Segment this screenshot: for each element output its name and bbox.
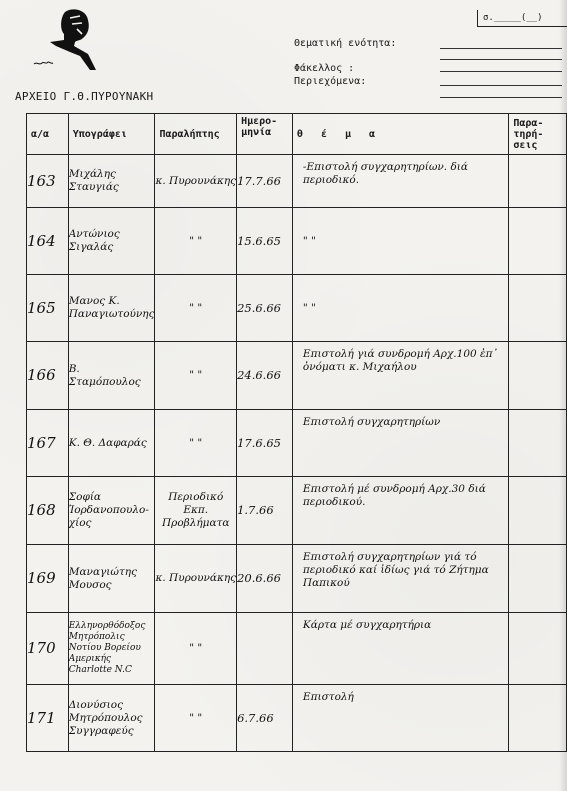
cell-date: 24.6.66 [237,342,293,410]
cell-recipient: Περιοδικό Εκπ. Προβλήματα [155,477,237,545]
header-row: α/α Υπογράφει Παραλήπτης Ημερο- μηνία θ … [27,114,567,155]
cell-signatory: Διονύσιος Μητρόπουλος Συγγραφεύς [68,685,155,752]
cell-subject: Επιστολή συγχαρητηρίων γιά τό περιοδικό … [292,545,508,613]
cell-signatory: Μαναγιώτης Μουσος [68,545,155,613]
folder-label: Φάκελλος : [294,63,354,74]
portrait-sketch-icon [30,4,100,72]
cell-entry-number: 166 [27,342,69,410]
cell-notes [509,410,567,477]
cell-recipient: " " [155,685,237,752]
cell-recipient: " " [155,275,237,342]
thematic-unit-label: Θεματική ενότητα: [294,38,396,49]
cell-notes [509,685,567,752]
cell-subject: Επιστολή [292,685,508,752]
cell-notes [509,342,567,410]
contents-label: Περιεχόμενα: [294,76,366,87]
table-row: 167Κ. Θ. Δαφαράς" "17.6.65Επιστολή συγχα… [27,410,567,477]
cell-entry-number: 163 [27,155,69,208]
cell-entry-number: 169 [27,545,69,613]
cell-signatory: Β. Σταμόπουλος [68,342,155,410]
table-row: 166Β. Σταμόπουλος" "24.6.66Επιστολή γιά … [27,342,567,410]
col-header-date: Ημερο- μηνία [237,114,293,155]
col-header-notes: Παρα- τηρή- σεις [509,114,567,155]
cell-notes [509,613,567,685]
cell-date: 6.7.66 [237,685,293,752]
cell-recipient: " " [155,613,237,685]
cell-recipient: " " [155,342,237,410]
cell-date: 17.7.66 [237,155,293,208]
archive-title: ΑΡΧΕΙΟ Γ.Θ.ΠΥΡΟΥΝΑΚΗ [15,90,153,103]
cell-date: 15.6.65 [237,208,293,275]
cell-recipient: κ. Πυρουνάκης [155,545,237,613]
cell-notes [509,477,567,545]
cell-entry-number: 164 [27,208,69,275]
cell-signatory: Αντώνιος Σιγαλάς [68,208,155,275]
cell-recipient: κ. Πυρουνάκης [155,155,237,208]
col-header-subject: θ έ μ α [292,114,508,155]
cell-recipient: " " [155,208,237,275]
table-row: 165Μανος Κ. Παναγιωτούνης" "25.6.66" " [27,275,567,342]
correspondence-ledger: α/α Υπογράφει Παραλήπτης Ημερο- μηνία θ … [26,113,567,752]
table-row: 163Μιχάλης Σταυγιάςκ. Πυρουνάκης17.7.66-… [27,155,567,208]
cell-signatory: Ελληνορθόδοξος Μητρόπολις Νοτίου Βορείου… [68,613,155,685]
cell-date: 17.6.65 [237,410,293,477]
col-header-aa: α/α [27,114,69,155]
table-row: 168Σοφία Ἰορδανοπουλο-χίοςΠεριοδικό Εκπ.… [27,477,567,545]
cell-signatory: Μιχάλης Σταυγιάς [68,155,155,208]
cell-date: 25.6.66 [237,275,293,342]
cell-notes [509,208,567,275]
cell-subject: Επιστολή μέ συνδρομή Αρχ.30 διά περιοδικ… [292,477,508,545]
cell-entry-number: 171 [27,685,69,752]
thematic-unit-line [440,48,562,49]
cell-subject: Κάρτα μέ συγχαρητήρια [292,613,508,685]
cell-notes [509,545,567,613]
cell-subject: " " [292,208,508,275]
cell-date: 20.6.66 [237,545,293,613]
cell-subject: " " [292,275,508,342]
cell-subject: Επιστολή συγχαρητηρίων [292,410,508,477]
cell-signatory: Μανος Κ. Παναγιωτούνης [68,275,155,342]
cell-subject: Επιστολή γιά συνδρομή Αρχ.100 ἐπ᾽ ὀνόματ… [292,342,508,410]
col-header-signatory: Υπογράφει [68,114,155,155]
table-row: 171Διονύσιος Μητρόπουλος Συγγραφεύς" "6.… [27,685,567,752]
contents-line [440,85,562,86]
cell-signatory: Σοφία Ἰορδανοπουλο-χίος [68,477,155,545]
cell-notes [509,155,567,208]
cell-date [237,613,293,685]
col-header-recipient: Παραλήπτης [155,114,237,155]
cell-subject: -Επιστολή συγχαρητηρίων. διά περιοδικό. [292,155,508,208]
cell-entry-number: 165 [27,275,69,342]
page-reference: σ._____(__) [477,10,567,27]
table-row: 164Αντώνιος Σιγαλάς" "15.6.65" " [27,208,567,275]
cell-recipient: " " [155,410,237,477]
cell-entry-number: 167 [27,410,69,477]
blank-line-1 [440,59,562,60]
table-row: 169Μαναγιώτης Μουσοςκ. Πυρουνάκης20.6.66… [27,545,567,613]
cell-entry-number: 168 [27,477,69,545]
table-row: 170Ελληνορθόδοξος Μητρόπολις Νοτίου Βορε… [27,613,567,685]
blank-line-2 [440,97,562,98]
cell-entry-number: 170 [27,613,69,685]
cell-signatory: Κ. Θ. Δαφαράς [68,410,155,477]
cell-date: 1.7.66 [237,477,293,545]
folder-line [440,71,562,72]
cell-notes [509,275,567,342]
